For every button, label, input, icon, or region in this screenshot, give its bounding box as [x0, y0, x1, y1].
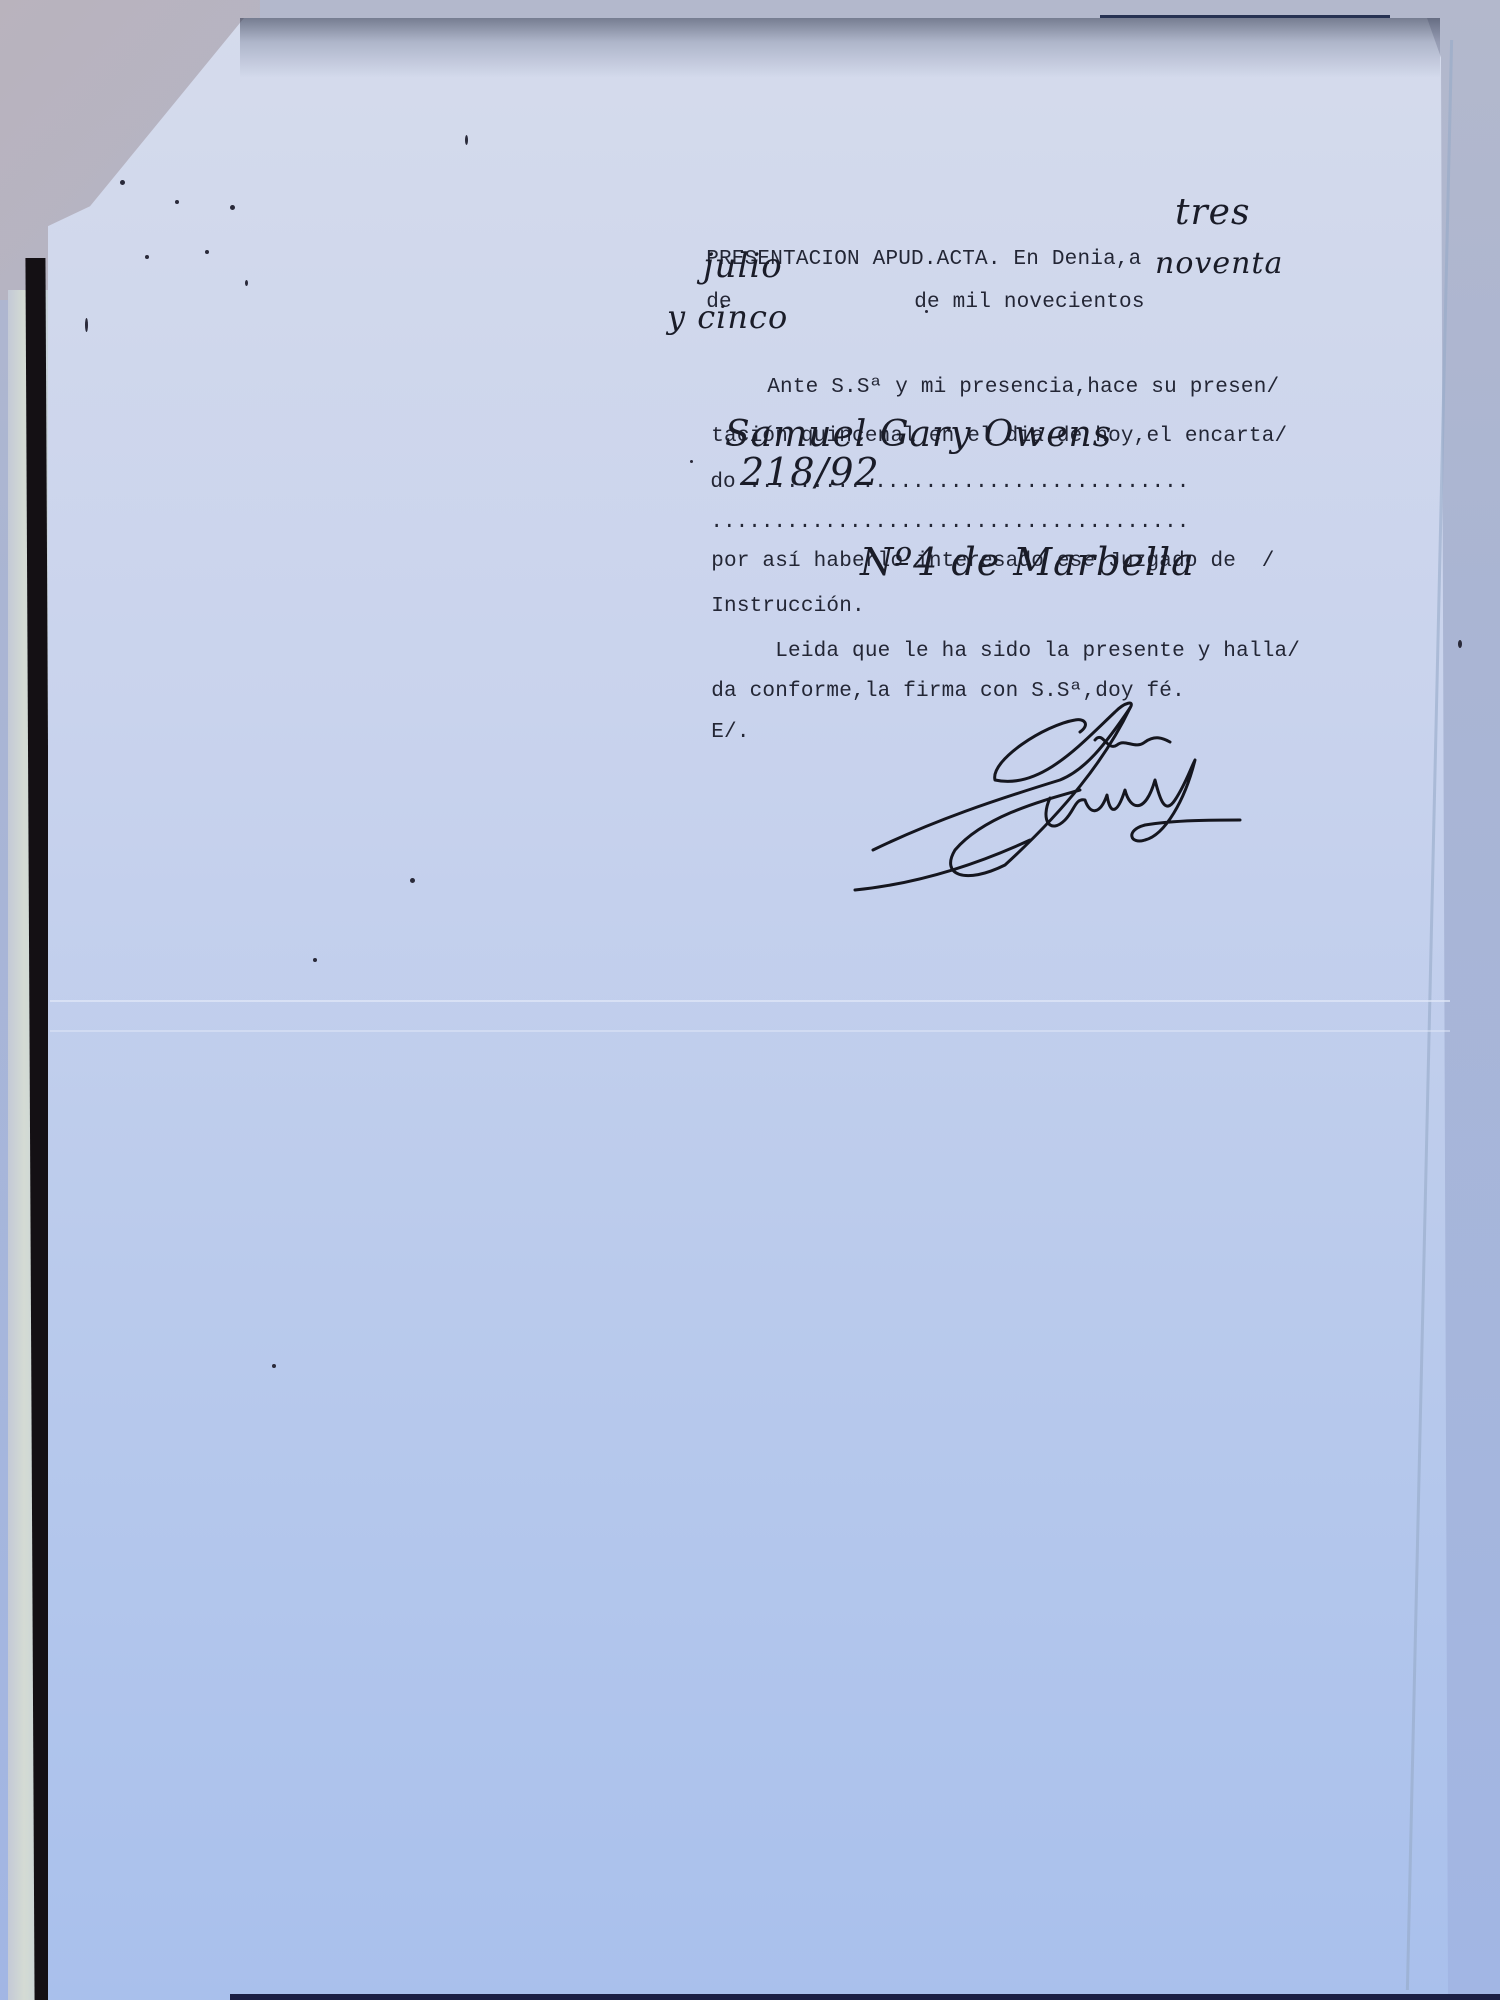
speck — [85, 318, 88, 332]
speck — [410, 878, 415, 883]
speck — [1458, 640, 1462, 648]
speck — [272, 1364, 276, 1368]
body-line: Leida que le ha sido la presente y halla… — [660, 607, 1300, 637]
speck — [175, 200, 179, 204]
signature — [845, 690, 1265, 900]
speck — [465, 135, 468, 145]
handwritten-day: tres — [1175, 192, 1250, 233]
handwritten-year-part1: noventa — [1155, 246, 1283, 281]
handwritten-court: Nº4 de Marbella — [860, 540, 1195, 584]
body-line: da conforme,la firma con S.Sª,doy fé. — [660, 647, 1185, 677]
header-line: PRESENTACION APUD.ACTA. En Denia,a — [655, 215, 1142, 245]
speck — [205, 250, 209, 254]
speck — [230, 205, 235, 210]
body-line: Ante S.Sª y mi presencia,hace su presen/ — [652, 343, 1279, 373]
speck — [245, 280, 248, 286]
page-bottom-edge — [230, 1994, 1500, 2000]
top-edge-rule — [1100, 15, 1390, 18]
typed-text: E/. — [711, 721, 749, 744]
typed-text: de mil novecientos — [914, 291, 1144, 314]
handwritten-month: julio — [703, 246, 783, 286]
speck — [313, 958, 317, 962]
speck — [120, 180, 125, 185]
date-line-continued: de mil novecientos — [863, 258, 1145, 288]
court-line: Instrucción. — [660, 562, 865, 592]
handwritten-name: Samuel Gary Owens — [725, 414, 1112, 455]
closing-mark: E/. — [660, 688, 750, 718]
fold-crease — [50, 1000, 1450, 1002]
handwritten-year-part2: y cinco — [667, 298, 788, 336]
handwritten-case-number: 218/92 — [740, 450, 880, 494]
speck — [145, 255, 149, 259]
photocopy-top-shadow — [240, 18, 1440, 78]
